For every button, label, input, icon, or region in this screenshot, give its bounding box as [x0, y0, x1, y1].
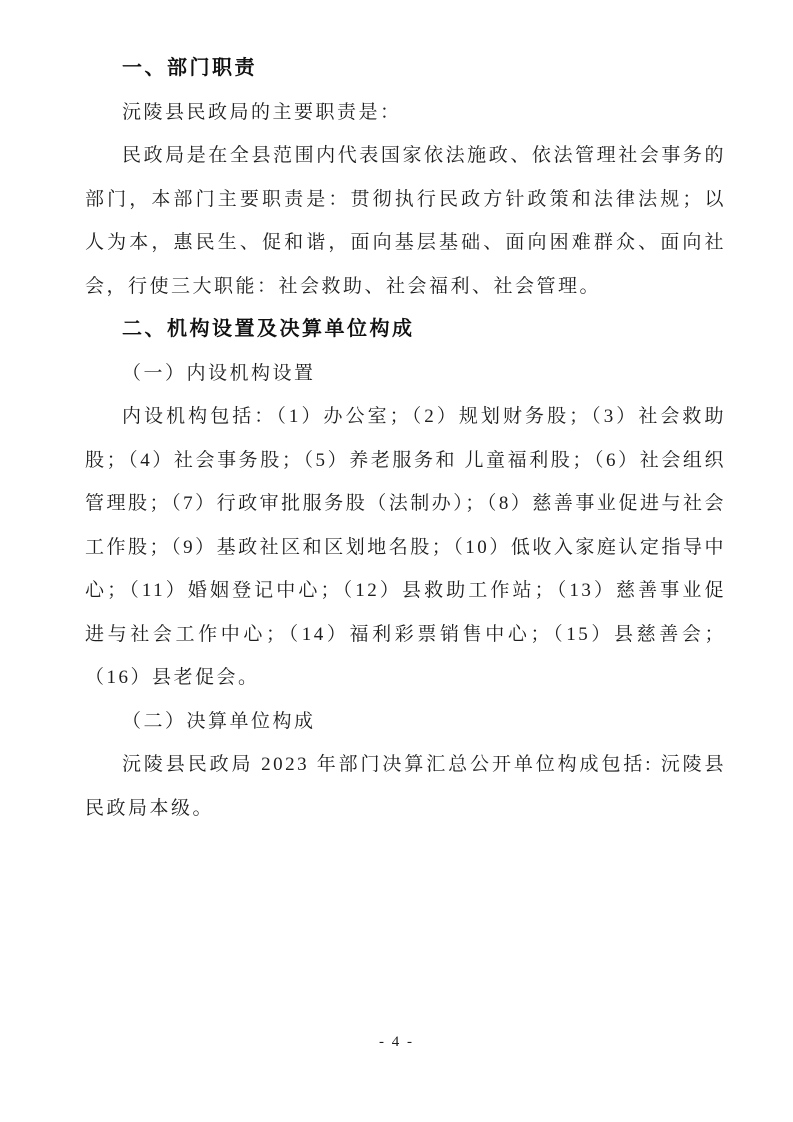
section-heading-department-duties: 一、部门职责: [85, 47, 726, 91]
document-body: 一、部门职责 沅陵县民政局的主要职责是： 民政局是在全县范围内代表国家依法施政、…: [85, 47, 726, 830]
paragraph-duties-detail: 民政局是在全县范围内代表国家依法施政、依法管理社会事务的部门，本部门主要职责是：…: [85, 134, 726, 308]
document-page: 一、部门职责 沅陵县民政局的主要职责是： 民政局是在全县范围内代表国家依法施政、…: [0, 0, 793, 1122]
section-heading-org-structure: 二、机构设置及决算单位构成: [85, 308, 726, 352]
paragraph-internal-org-list: 内设机构包括：（1）办公室；（2）规划财务股；（3）社会救助股；（4）社会事务股…: [85, 395, 726, 700]
paragraph-duties-intro: 沅陵县民政局的主要职责是：: [85, 91, 726, 135]
paragraph-budget-units-detail: 沅陵县民政局 2023 年部门决算汇总公开单位构成包括: 沅陵县民政局本级。: [85, 743, 726, 830]
subheading-budget-units: （二）决算单位构成: [85, 700, 726, 744]
page-number: - 4 -: [0, 1034, 793, 1051]
subheading-internal-org: （一）内设机构设置: [85, 352, 726, 396]
